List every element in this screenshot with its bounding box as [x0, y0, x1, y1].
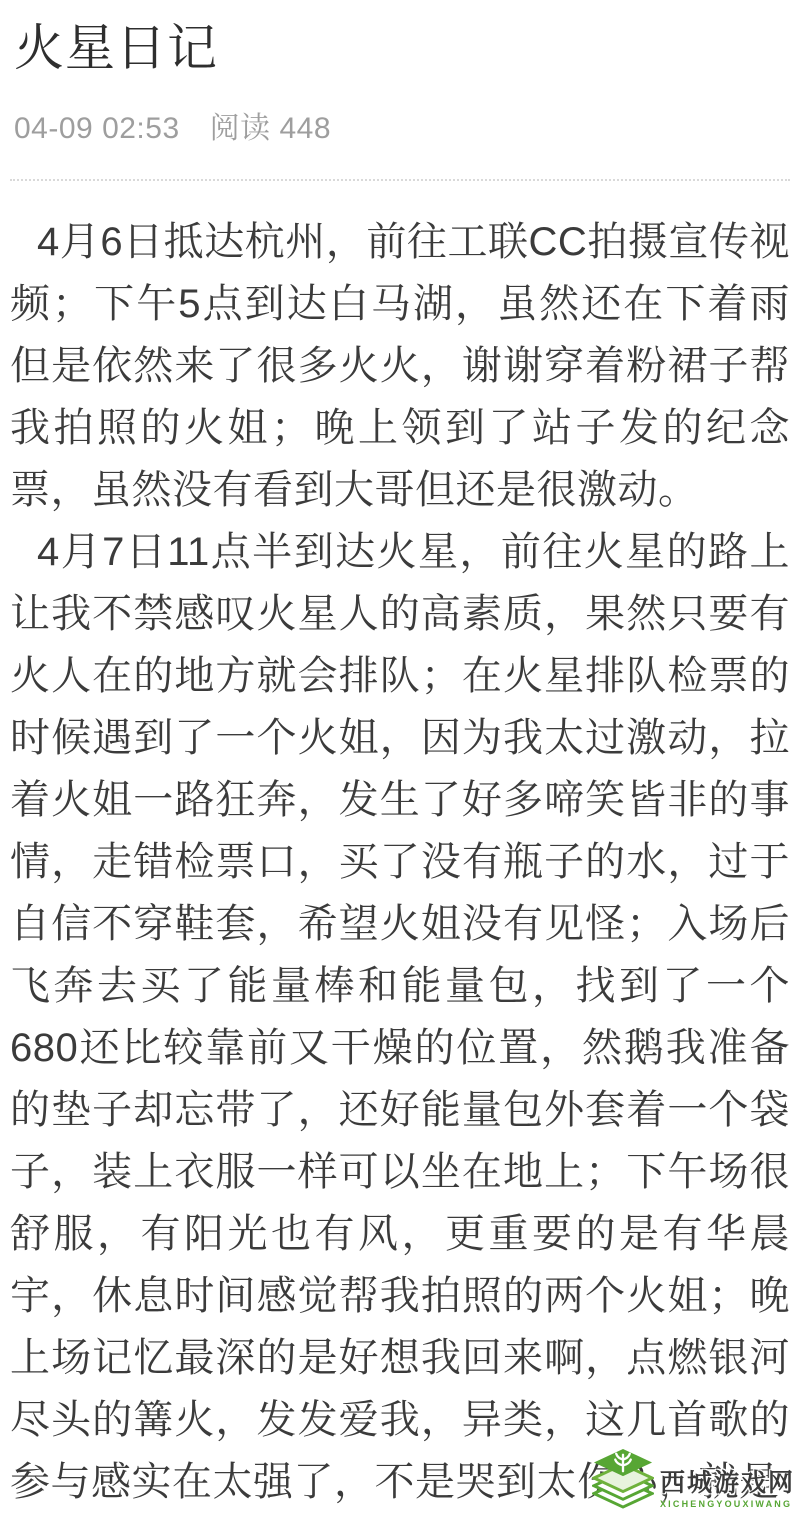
- article-paragraph: 4月7日11点半到达火星，前往火星的路上让我不禁感叹火星人的高素质，果然只要有火…: [10, 521, 790, 1513]
- read-count-label: 阅读: [210, 112, 271, 145]
- publish-time: 04-09 02:53: [14, 112, 180, 145]
- page-title: 火星日记: [14, 16, 786, 81]
- stacked-leaves-icon: [592, 1445, 654, 1511]
- article-body: 4月6日抵达杭州，前往工联CC拍摄宣传视频；下午5点到达白马湖，虽然还在下着雨但…: [0, 181, 800, 1513]
- article-paragraph: 4月6日抵达杭州，前往工联CC拍摄宣传视频；下午5点到达白马湖，虽然还在下着雨但…: [10, 211, 790, 521]
- article-meta: 04-09 02:53阅读 448: [14, 103, 786, 147]
- watermark-site-name-latin: XICHENGYOUXIWANG: [660, 1500, 792, 1509]
- read-count-value: 448: [279, 112, 331, 145]
- watermark-site-name: 西城游戏网: [660, 1470, 795, 1498]
- site-watermark: 西城游戏网 XICHENGYOUXIWANG: [592, 1445, 795, 1511]
- watermark-text: 西城游戏网 XICHENGYOUXIWANG: [660, 1470, 795, 1512]
